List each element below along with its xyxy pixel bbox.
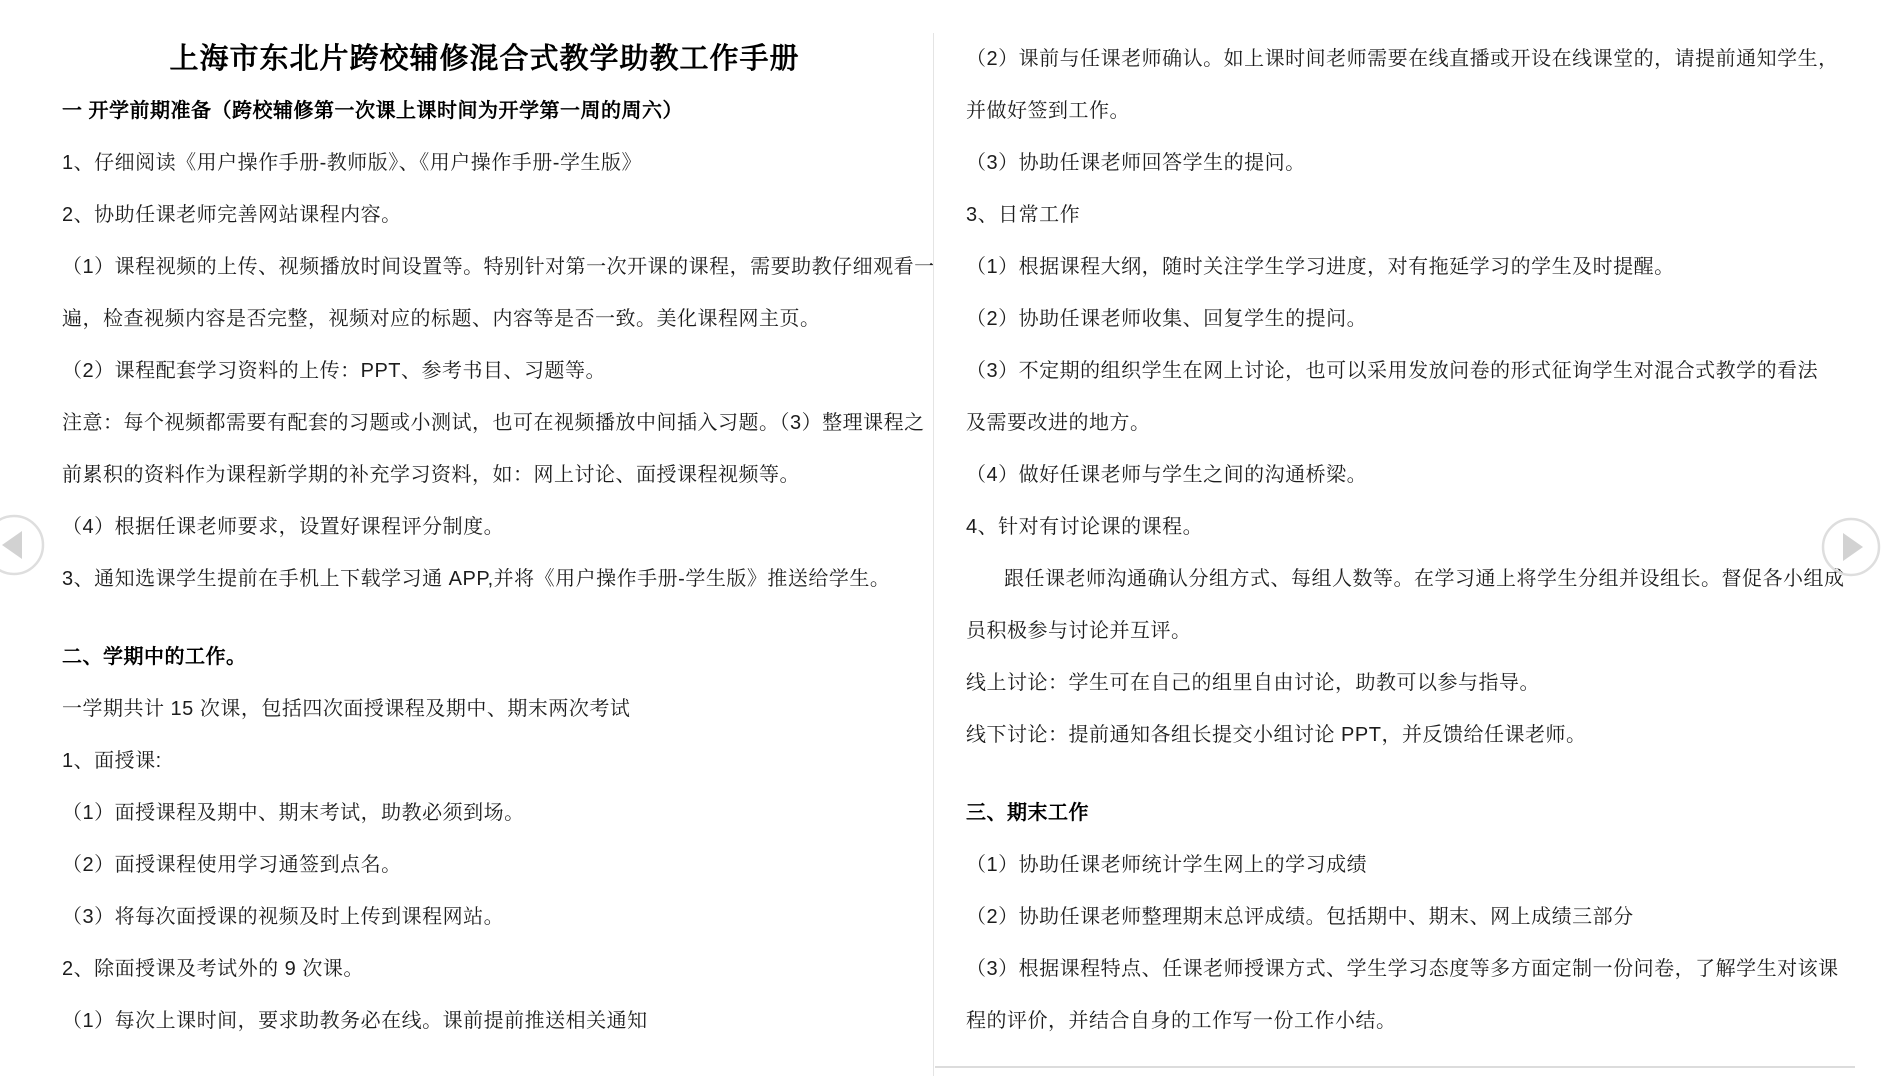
prev-page-button[interactable] [0,513,46,577]
document-line: 1、面授课: [62,732,907,784]
section-heading: 三、期末工作 [966,784,1855,836]
document-line: （3）根据课程特点、任课老师授课方式、学生学习态度等多方面定制一份问卷，了解学生… [966,940,1855,992]
document-line: （3）不定期的组织学生在网上讨论，也可以采用发放问卷的形式征询学生对混合式教学的… [966,342,1855,394]
document-line: 线下讨论：提前通知各组长提交小组讨论 PPT，并反馈给任课老师。 [966,706,1855,758]
document-line: 员积极参与讨论并互评。 [966,602,1855,654]
chevron-left-icon [0,513,46,577]
document-line: 程的评价，并结合自身的工作写一份工作小结。 [966,992,1855,1044]
document-line: 及需要改进的地方。 [966,394,1855,446]
document-line: （2）协助任课老师整理期末总评成绩。包括期中、期末、网上成绩三部分 [966,888,1855,940]
document-line: 并做好签到工作。 [966,82,1855,134]
document-line: （2）课程配套学习资料的上传：PPT、参考书目、习题等。 [62,342,907,394]
document-line: （2）课前与任课老师确认。如上课时间老师需要在线直播或开设在线课堂的，请提前通知… [966,30,1855,82]
section-heading: 一 开学前期准备（跨校辅修第一次课上课时间为开学第一周的周六） [62,82,907,134]
right-column: （2）课前与任课老师确认。如上课时间老师需要在线直播或开设在线课堂的，请提前通知… [966,30,1855,1044]
document-line: 4、针对有讨论课的课程。 [966,498,1855,550]
document-line: （1）课程视频的上传、视频播放时间设置等。特别针对第一次开课的课程，需要助教仔细… [62,238,907,290]
document-line: （4）根据任课老师要求，设置好课程评分制度。 [62,498,907,550]
document-line: 注意：每个视频都需要有配套的习题或小测试，也可在视频播放中间插入习题。（3）整理… [62,394,907,446]
left-column: 上海市东北片跨校辅修混合式教学助教工作手册一 开学前期准备（跨校辅修第一次课上课… [62,30,907,1044]
document-line: （1）面授课程及期中、期末考试，助教必须到场。 [62,784,907,836]
document-line: （3）协助任课老师回答学生的提问。 [966,134,1855,186]
document-line: 前累积的资料作为课程新学期的补充学习资料，如：网上讨论、面授课程视频等。 [62,446,907,498]
chevron-right-icon [1820,516,1882,578]
document-line: （1）每次上课时间，要求助教务必在线。课前提前推送相关通知 [62,992,907,1044]
document-line: 遍，检查视频内容是否完整，视频对应的标题、内容等是否一致。美化课程网主页。 [62,290,907,342]
next-page-button[interactable] [1820,516,1882,578]
document-line: 3、通知选课学生提前在手机上下载学习通 APP,并将《用户操作手册-学生版》推送… [62,550,907,602]
document-line: 跟任课老师沟通确认分组方式、每组人数等。在学习通上将学生分组并设组长。督促各小组… [966,550,1855,602]
document-line: （1）根据课程大纲，随时关注学生学习进度，对有拖延学习的学生及时提醒。 [966,238,1855,290]
document-line: 2、除面授课及考试外的 9 次课。 [62,940,907,992]
document-page: 上海市东北片跨校辅修混合式教学助教工作手册一 开学前期准备（跨校辅修第一次课上课… [0,0,1883,1076]
document-line: 线上讨论：学生可在自己的组里自由讨论，助教可以参与指导。 [966,654,1855,706]
document-line: （1）协助任课老师统计学生网上的学习成绩 [966,836,1855,888]
document-line: （4）做好任课老师与学生之间的沟通桥梁。 [966,446,1855,498]
document-line: 一学期共计 15 次课，包括四次面授课程及期中、期末两次考试 [62,680,907,732]
document-line: 3、日常工作 [966,186,1855,238]
document-line: 1、仔细阅读《用户操作手册-教师版》、《用户操作手册-学生版》 [62,134,907,186]
document-line: （2）面授课程使用学习通签到点名。 [62,836,907,888]
document-line: 2、协助任课老师完善网站课程内容。 [62,186,907,238]
page-end-divider [935,1066,1855,1068]
document-line: （2）协助任课老师收集、回复学生的提问。 [966,290,1855,342]
column-divider [933,33,934,1076]
section-heading: 二、学期中的工作。 [62,628,907,680]
document-line: （3）将每次面授课的视频及时上传到课程网站。 [62,888,907,940]
document-title: 上海市东北片跨校辅修混合式教学助教工作手册 [62,30,907,82]
